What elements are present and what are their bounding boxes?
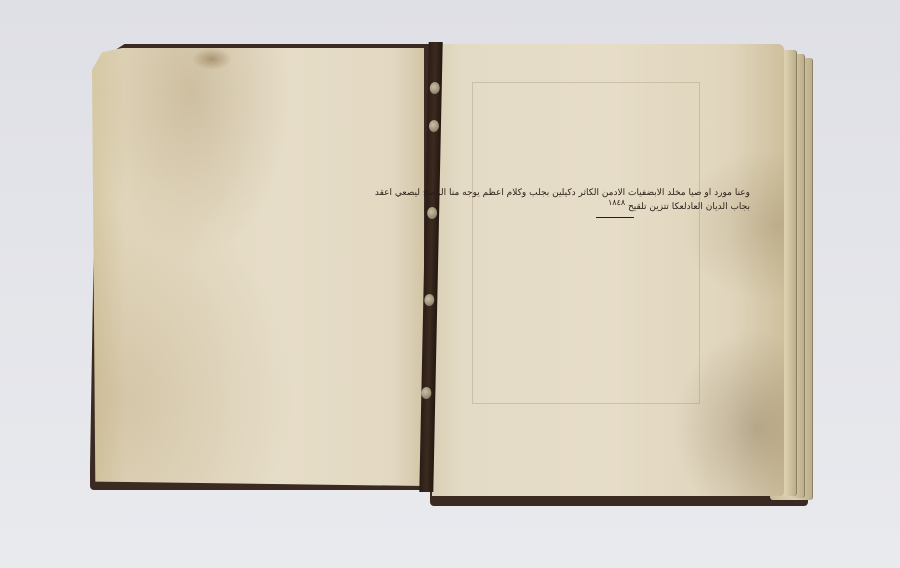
stain-mark [192, 48, 232, 70]
left-page [92, 48, 424, 486]
inscription-date: ١٨٤٨ [608, 198, 625, 207]
stitch-knot [421, 387, 431, 399]
stitch-knot [424, 294, 434, 306]
handwritten-inscription: وعنا مورد او صيا مخلد الابضفيات الادمن ا… [488, 186, 750, 214]
stitch-knot [427, 207, 437, 219]
stitch-knot [429, 120, 439, 132]
stitch-knot [430, 82, 440, 94]
manuscript-photo: وعنا مورد او صيا مخلد الابضفيات الادمن ا… [0, 0, 900, 568]
signature-underline [596, 217, 634, 218]
right-page [432, 44, 784, 496]
page-frame [472, 82, 700, 404]
